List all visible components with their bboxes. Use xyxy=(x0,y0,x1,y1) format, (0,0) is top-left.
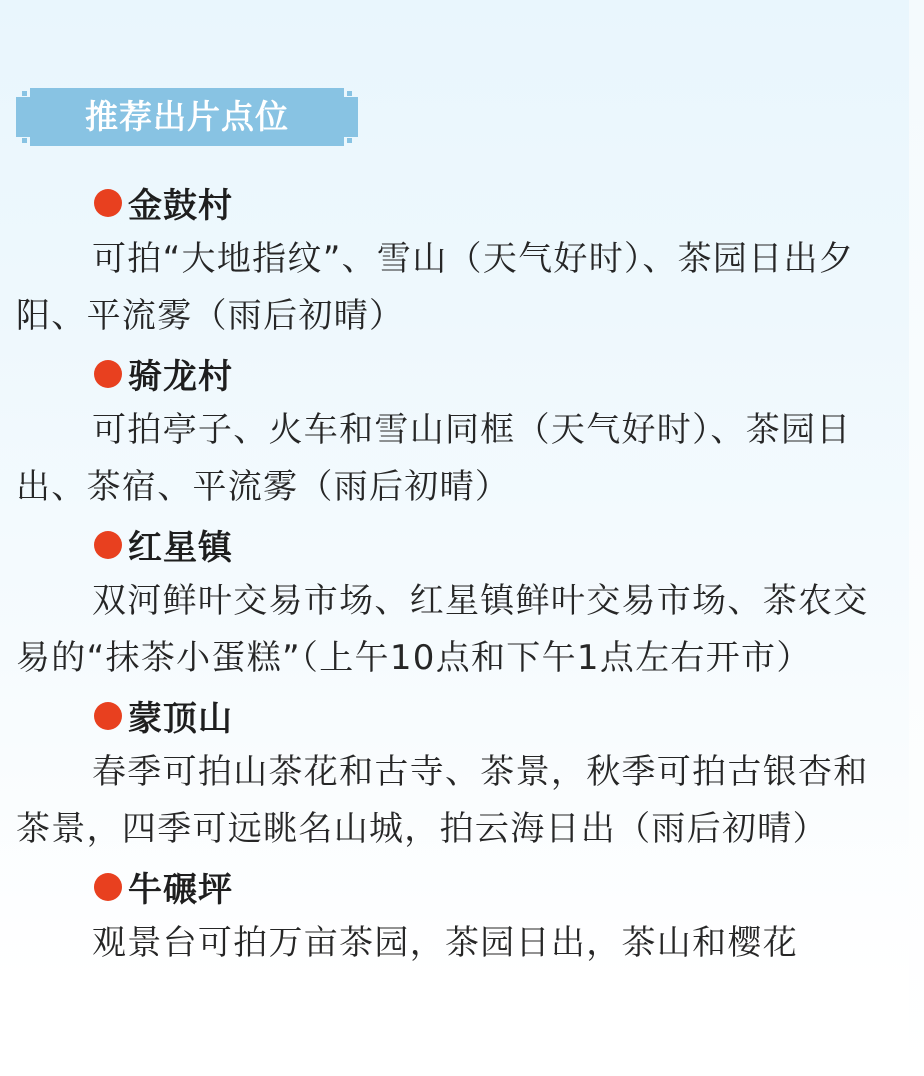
bullet-dot-icon xyxy=(94,360,122,388)
spot-description: 可拍亭子、火车和雪山同框（天气好时）、茶园日出、茶宿、平流雾（雨后初晴） xyxy=(16,402,876,516)
spot-name: 金鼓村 xyxy=(128,178,233,227)
banner-corner-dot xyxy=(347,91,352,96)
banner-corner-dot xyxy=(22,91,27,96)
spot-item: 牛碾坪 观景台可拍万亩茶园，茶园日出，茶山和樱花 xyxy=(16,858,876,972)
spot-name: 牛碾坪 xyxy=(128,862,233,911)
spot-item: 红星镇 双河鲜叶交易市场、红星镇鲜叶交易市场、茶农交易的“抹茶小蛋糕”（上午10… xyxy=(16,516,876,687)
page-edge-strip xyxy=(909,0,924,1076)
section-title: 推荐出片点位 xyxy=(30,88,344,146)
spot-list: 金鼓村 可拍“大地指纹”、雪山（天气好时）、茶园日出夕阳、平流雾（雨后初晴） 骑… xyxy=(16,174,876,972)
spot-heading: 金鼓村 xyxy=(16,174,876,231)
banner-corner-dot xyxy=(22,138,27,143)
bullet-dot-icon xyxy=(94,873,122,901)
spot-item: 蒙顶山 春季可拍山茶花和古寺、茶景，秋季可拍古银杏和茶景，四季可远眺名山城，拍云… xyxy=(16,687,876,858)
spot-heading: 红星镇 xyxy=(16,516,876,573)
bullet-dot-icon xyxy=(94,702,122,730)
spot-heading: 蒙顶山 xyxy=(16,687,876,744)
spot-name: 骑龙村 xyxy=(128,349,233,398)
spot-description: 观景台可拍万亩茶园，茶园日出，茶山和樱花 xyxy=(16,915,876,972)
spot-heading: 骑龙村 xyxy=(16,345,876,402)
spot-heading: 牛碾坪 xyxy=(16,858,876,915)
spot-name: 红星镇 xyxy=(128,520,233,569)
spot-description: 双河鲜叶交易市场、红星镇鲜叶交易市场、茶农交易的“抹茶小蛋糕”（上午10点和下午… xyxy=(16,573,876,687)
bullet-dot-icon xyxy=(94,531,122,559)
section-banner: 推荐出片点位 xyxy=(16,88,358,146)
spot-name: 蒙顶山 xyxy=(128,691,233,740)
spot-description: 可拍“大地指纹”、雪山（天气好时）、茶园日出夕阳、平流雾（雨后初晴） xyxy=(16,231,876,345)
banner-corner-dot xyxy=(347,138,352,143)
spot-item: 骑龙村 可拍亭子、火车和雪山同框（天气好时）、茶园日出、茶宿、平流雾（雨后初晴） xyxy=(16,345,876,516)
spot-description: 春季可拍山茶花和古寺、茶景，秋季可拍古银杏和茶景，四季可远眺名山城，拍云海日出（… xyxy=(16,744,876,858)
spot-item: 金鼓村 可拍“大地指纹”、雪山（天气好时）、茶园日出夕阳、平流雾（雨后初晴） xyxy=(16,174,876,345)
bullet-dot-icon xyxy=(94,189,122,217)
banner-right-tab xyxy=(342,97,358,137)
